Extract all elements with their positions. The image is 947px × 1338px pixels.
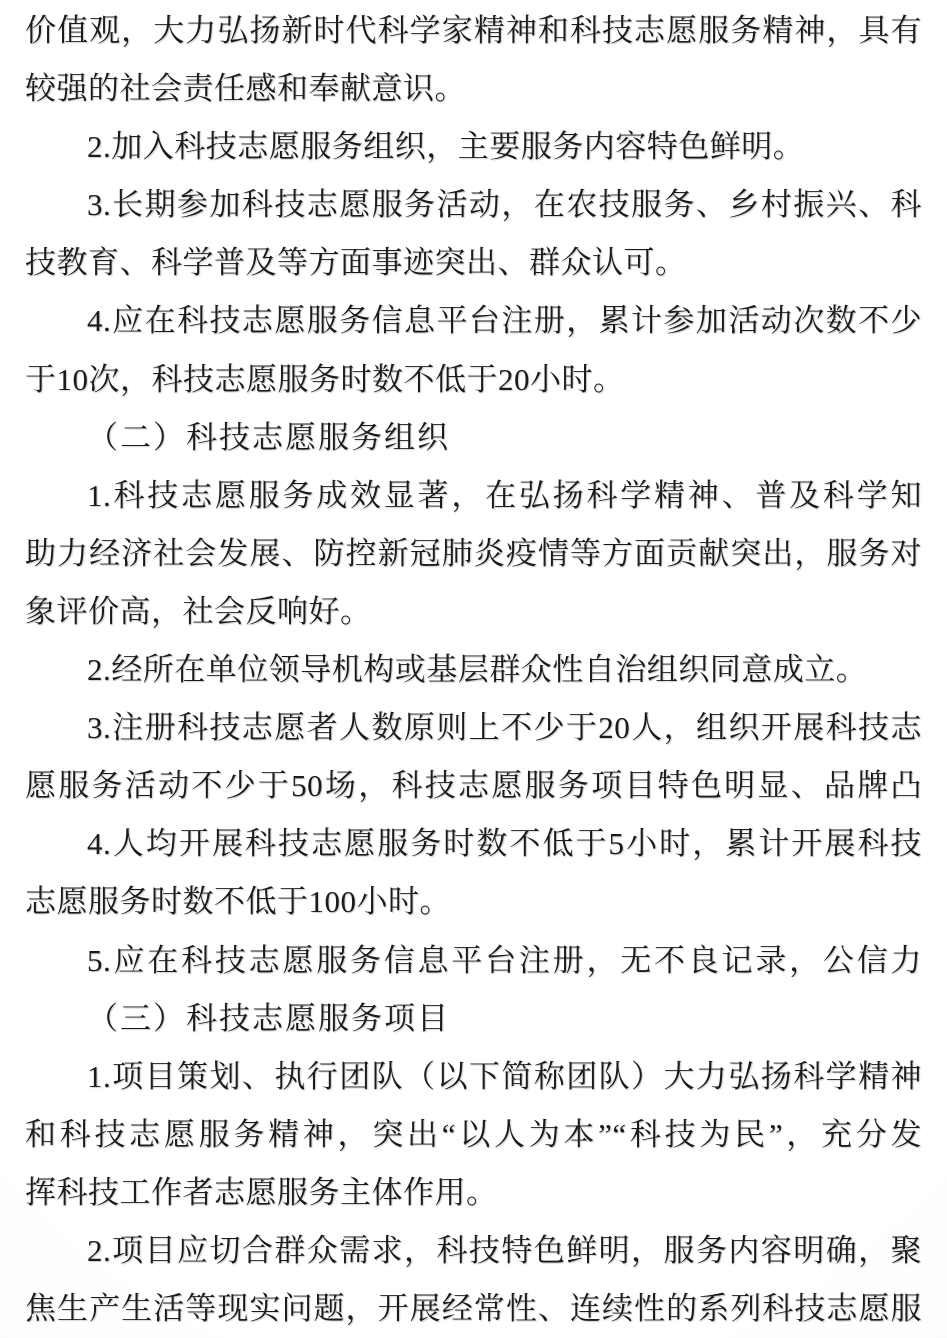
text-line: 4.应在科技志愿服务信息平台注册，累计参加活动次数不少: [25, 292, 922, 350]
text-line: 4.人均开展科技志愿服务时数不低于5小时，累计开展科技: [25, 815, 922, 873]
text-line: 和科技志愿服务精神，突出“以人为本”“科技为民”，充分发: [25, 1106, 922, 1164]
text-line: 愿服务活动不少于50场，科技志愿服务项目特色明显、品牌凸显。: [25, 757, 922, 815]
text-line: 3.长期参加科技志愿服务活动，在农技服务、乡村振兴、科: [25, 176, 922, 234]
text-line: 助力经济社会发展、防控新冠肺炎疫情等方面贡献突出，服务对: [25, 525, 922, 583]
text-line: 1.项目策划、执行团队（以下简称团队）大力弘扬科学精神: [25, 1048, 922, 1106]
text-line: 象评价高，社会反响好。: [25, 583, 922, 641]
text-line: 1.科技志愿服务成效显著，在弘扬科学精神、普及科学知识、: [25, 467, 922, 525]
text-line: 技教育、科学普及等方面事迹突出、群众认可。: [25, 234, 922, 292]
text-line: 焦生产生活等现实问题，开展经常性、连续性的系列科技志愿服: [25, 1280, 922, 1338]
text-line: 2.加入科技志愿服务组织，主要服务内容特色鲜明。: [25, 118, 922, 176]
text-line: 于10次，科技志愿服务时数不低于20小时。: [25, 351, 922, 409]
text-line: 2.经所在单位领导机构或基层群众性自治组织同意成立。: [25, 641, 922, 699]
text-line: 3.注册科技志愿者人数原则上不少于20人，组织开展科技志: [25, 699, 922, 757]
text-line: 价值观，大力弘扬新时代科学家精神和科技志愿服务精神，具有: [25, 2, 922, 60]
text-line: 2.项目应切合群众需求，科技特色鲜明，服务内容明确，聚: [25, 1222, 922, 1280]
section-heading: （二）科技志愿服务组织: [25, 409, 922, 467]
section-heading: （三）科技志愿服务项目: [25, 990, 922, 1048]
text-line: 较强的社会责任感和奉献意识。: [25, 60, 922, 118]
text-line: 5.应在科技志愿服务信息平台注册，无不良记录，公信力强。: [25, 932, 922, 990]
document-page: 价值观，大力弘扬新时代科学家精神和科技志愿服务精神，具有 较强的社会责任感和奉献…: [0, 0, 947, 1338]
text-line: 志愿服务时数不低于100小时。: [25, 873, 922, 931]
text-line: 挥科技工作者志愿服务主体作用。: [25, 1164, 922, 1222]
